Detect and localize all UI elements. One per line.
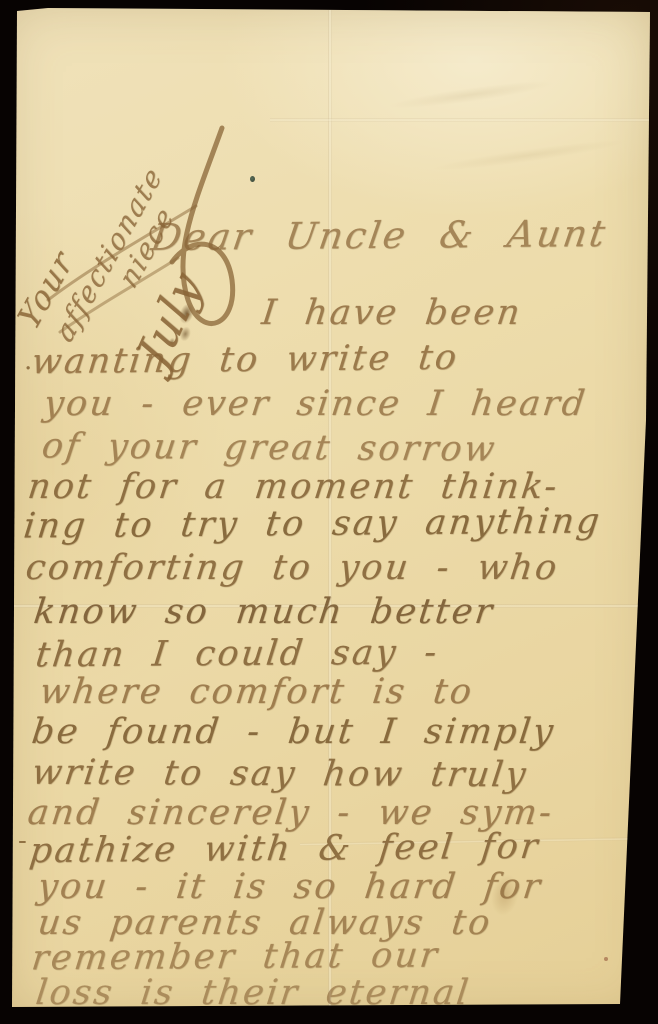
body-line: be found - but I simply [30, 712, 558, 752]
margin-mark: - [18, 826, 27, 856]
body-line: remember that our [30, 936, 442, 979]
body-line: not for a moment think- [26, 467, 562, 507]
body-line: you - ever since I heard [42, 384, 590, 424]
horizontal-crease-top [270, 118, 650, 122]
body-line: you - it is so hard for [36, 867, 545, 907]
body-line: wanting to write to [29, 338, 460, 382]
body-line: ing to try to say anything [21, 501, 603, 546]
body-line: loss is their eternal [34, 973, 473, 1013]
rust-speck [604, 957, 608, 961]
margin-mark: . [24, 346, 32, 376]
letter-scan: Your affectionate niece July Dear Uncle … [0, 0, 658, 1024]
letter-paper: Your affectionate niece July Dear Uncle … [0, 0, 658, 1024]
body-line: know so much better [32, 592, 497, 632]
body-line: where comfort is to [38, 672, 476, 712]
body-line: than I could say - [34, 633, 442, 676]
body-line: I have been [260, 293, 525, 333]
green-speck [250, 176, 255, 182]
body-line: pathize with & feel for [27, 827, 542, 871]
body-line: comforting to you - who [24, 548, 562, 588]
body-line: write to say how truly [30, 753, 531, 796]
salutation: Dear Uncle & Aunt [148, 212, 610, 259]
rust-speck [626, 986, 632, 991]
body-line: of your great sorrow [40, 426, 500, 469]
paper-wrinkles [369, 24, 630, 226]
